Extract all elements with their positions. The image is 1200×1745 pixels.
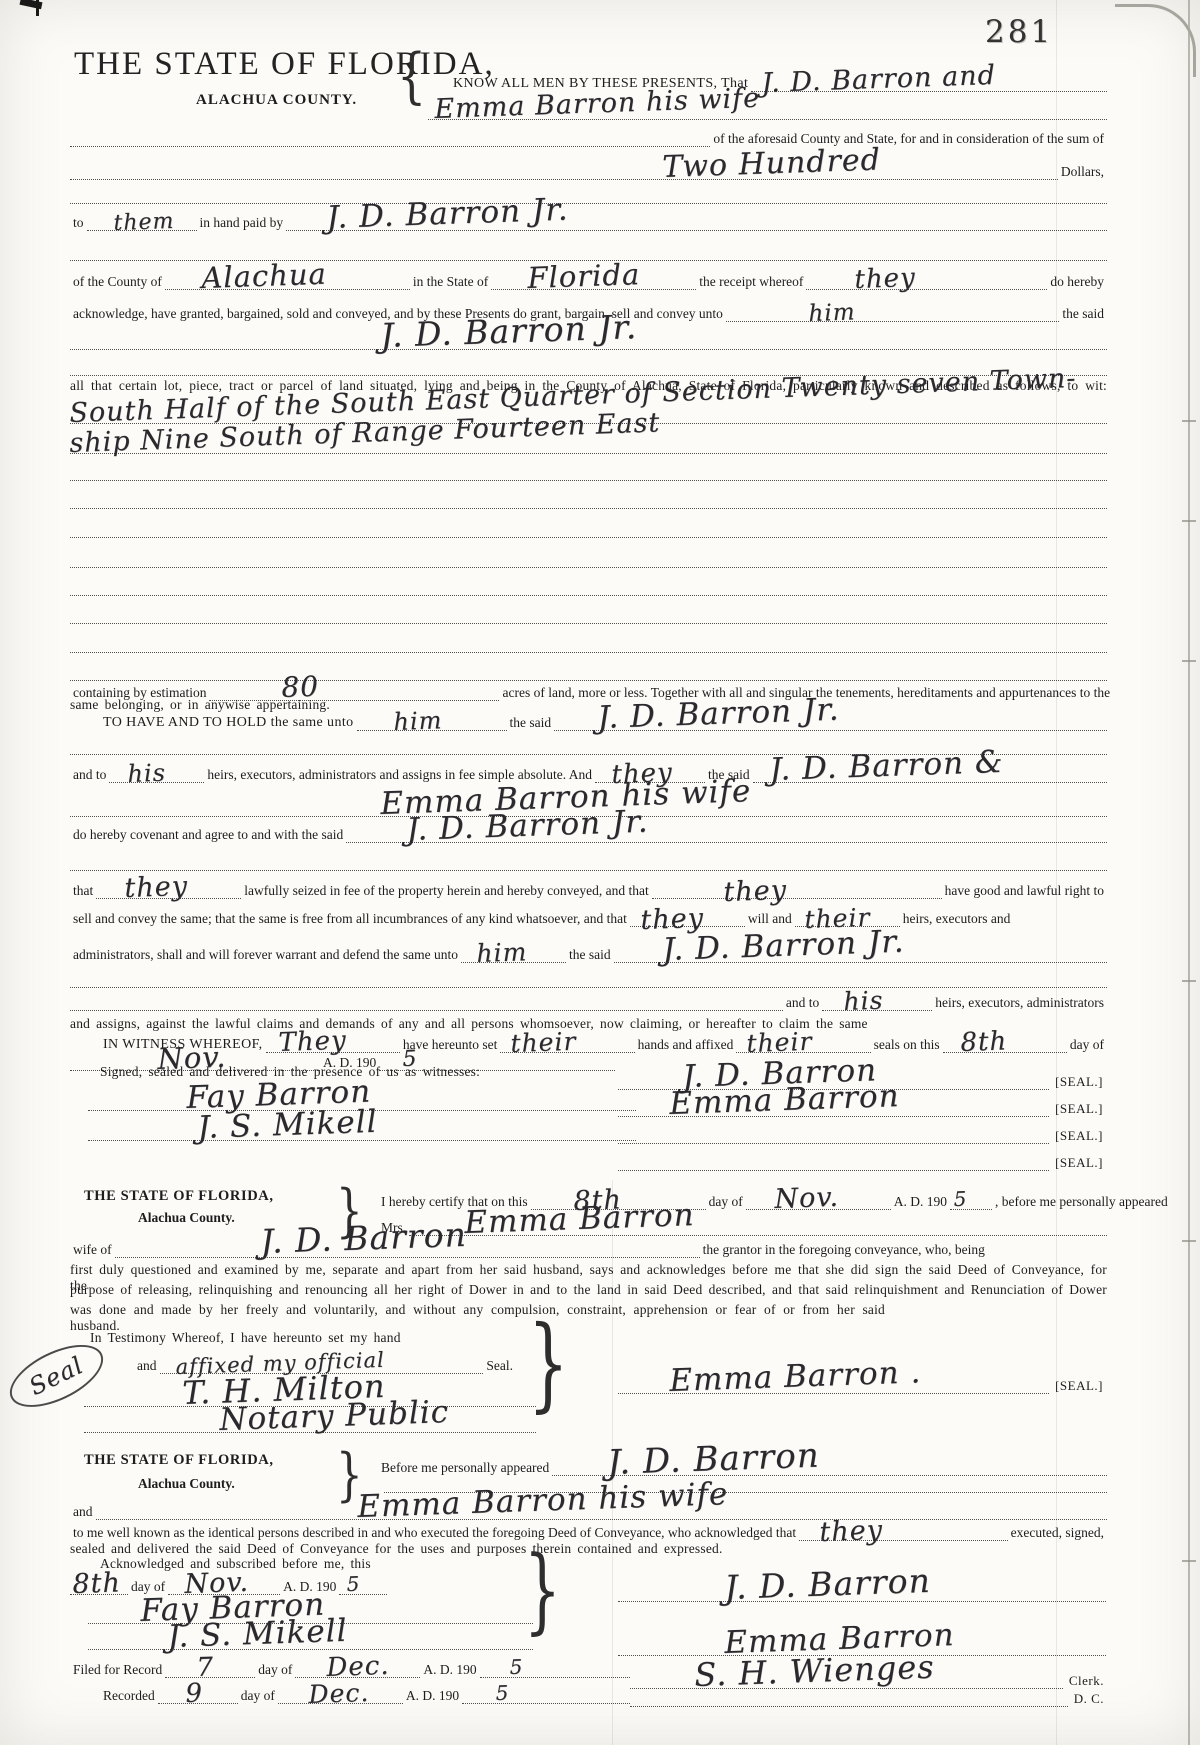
page-edge xyxy=(1188,0,1190,1745)
dower-paragraph-2: purpose of releasing, relinquishing and … xyxy=(70,1282,1107,1298)
blank-rule xyxy=(70,622,1107,624)
handwritten-grantors-2: Emma Barron his wife xyxy=(434,83,761,125)
handwritten-notary-title: Notary Public xyxy=(218,1394,449,1438)
handwritten-signature-jd: J. D. Barron xyxy=(724,1561,932,1607)
county-state-line: of the County of Alachua in the State of… xyxy=(70,256,1107,290)
scan-mark xyxy=(36,0,39,16)
seal-line-4: [SEAL.] xyxy=(618,1141,1106,1171)
seal-label: [SEAL.] xyxy=(1049,1379,1106,1394)
handwritten-payer: J. D. Barron Jr. xyxy=(326,192,569,236)
testimony-line: In Testimony Whereof, I have hereunto se… xyxy=(90,1330,510,1346)
notary-title-line: Notary Public xyxy=(84,1399,536,1433)
seal-label: [SEAL.] xyxy=(1049,1156,1106,1171)
seal-line-3: [SEAL.] xyxy=(618,1114,1106,1144)
page-corner xyxy=(1115,4,1196,77)
before-appeared-line: Before me personally appeared J. D. Barr… xyxy=(378,1438,1107,1476)
page-edge-tick xyxy=(1182,1560,1196,1562)
page-edge-tick xyxy=(1182,980,1196,982)
blank-rule xyxy=(70,479,1107,481)
witness-signature-2: J. S. Mikell xyxy=(88,1107,636,1141)
handwritten-state: Florida xyxy=(527,257,641,295)
handwritten-him: him xyxy=(476,937,528,968)
grantors-line-2: Emma Barron his wife xyxy=(428,86,1107,120)
state-title: THE STATE OF FLORIDA, xyxy=(74,46,495,83)
handwritten-signature-emma: Emma Barron . xyxy=(668,1354,921,1399)
handwritten-they: they xyxy=(854,263,916,295)
incumbrance-line: sell and convey the same; that the same … xyxy=(70,899,1107,927)
dower-signature: Emma Barron . [SEAL.] xyxy=(618,1358,1106,1394)
handwritten-recorded-day: 9 xyxy=(185,1678,204,1709)
handwritten-seal-word: Seal xyxy=(25,1351,88,1401)
blank-rule xyxy=(70,536,1107,538)
aforesaid-label: of the aforesaid County and State, for a… xyxy=(710,131,1107,147)
handwritten-county: Alachua xyxy=(200,257,327,295)
page-number: 281 xyxy=(985,14,1053,50)
deputy-clerk-line: D. C. xyxy=(630,1687,1107,1707)
handwritten-recorded-year: 5 xyxy=(495,1681,510,1705)
handwritten-recorded-month: Dec. xyxy=(308,1678,370,1709)
deed-record-page: 281 THE STATE OF FLORIDA, { ALACHUA COUN… xyxy=(0,0,1200,1745)
aforesaid-line: of the aforesaid County and State, for a… xyxy=(70,127,1107,147)
and-to-heirs-line: and to his heirs, executors, administrat… xyxy=(70,985,1107,1011)
county-title: ALACHUA COUNTY. xyxy=(196,92,357,109)
page-edge-tick xyxy=(1182,660,1196,662)
payment-line: to them in hand paid by J. D. Barron Jr. xyxy=(70,197,1107,231)
description-line-2: ship Nine South of Range Fourteen East xyxy=(70,420,1107,454)
handwritten-husband: J. D. Barron xyxy=(259,1215,467,1261)
clerk-signature-line: S. H. Wienges Clerk. xyxy=(630,1653,1107,1689)
handwritten-him: him xyxy=(393,706,443,736)
header-brace: { xyxy=(397,40,426,110)
seized-line: that they lawfully seized in fee of the … xyxy=(70,867,1107,899)
handwritten-witness-2: J. S. Mikell xyxy=(196,1104,377,1146)
blank-rule xyxy=(70,594,1107,596)
ack-signature-1: J. D. Barron xyxy=(618,1564,1106,1602)
warrant-line: administrators, shall and will forever w… xyxy=(70,933,1107,963)
handwritten-grantee: J. D. Barron Jr. xyxy=(597,692,840,736)
ack-state-title: THE STATE OF FLORIDA, xyxy=(84,1452,274,1469)
blank-rule xyxy=(70,507,1107,509)
well-known-line-2: sealed and delivered the said Deed of Co… xyxy=(70,1541,915,1557)
handwritten-sum: Two Hundred xyxy=(661,142,881,185)
handwritten-grantee: J. D. Barron Jr. xyxy=(380,307,638,355)
deputy-clerk-label: D. C. xyxy=(1068,1692,1107,1707)
page-edge-tick xyxy=(1182,1240,1196,1242)
well-known-line: to me well known as the identical person… xyxy=(70,1515,1107,1541)
grantee-line: J. D. Barron Jr. xyxy=(70,314,1107,350)
handwritten-his: his xyxy=(843,986,884,1016)
grantor-signature-2: Emma Barron [SEAL.] xyxy=(618,1083,1106,1117)
blank-rule xyxy=(70,679,1107,681)
handwritten-grantee: J. D. Barron Jr. xyxy=(406,804,649,848)
scan-mark xyxy=(20,0,43,9)
wife-of-line: wife of J. D. Barron the grantor in the … xyxy=(70,1224,1107,1258)
ack-witness-2: J. S. Mikell xyxy=(88,1616,533,1650)
covenant-line: do hereby covenant and agree to and with… xyxy=(70,811,1107,843)
blank-rule xyxy=(70,566,1107,568)
recorded-line: Recorded 9 day of Dec. A. D. 190 5 xyxy=(100,1674,630,1704)
to-have-line: TO HAVE AND TO HOLD the same unto him th… xyxy=(100,707,1107,731)
handwritten-grantee: J. D. Barron Jr. xyxy=(662,924,905,968)
handwritten-grantor-amp: J. D. Barron & xyxy=(769,744,1004,788)
dollars-label: Dollars, xyxy=(1058,164,1107,180)
dower-state-title: THE STATE OF FLORIDA, xyxy=(84,1188,274,1205)
handwritten-them: them xyxy=(113,209,175,236)
blank-rule xyxy=(70,651,1107,653)
page-edge-tick xyxy=(1182,520,1196,522)
page-edge-tick xyxy=(1182,420,1196,422)
consideration-line: Two Hundred Dollars, xyxy=(70,146,1107,180)
